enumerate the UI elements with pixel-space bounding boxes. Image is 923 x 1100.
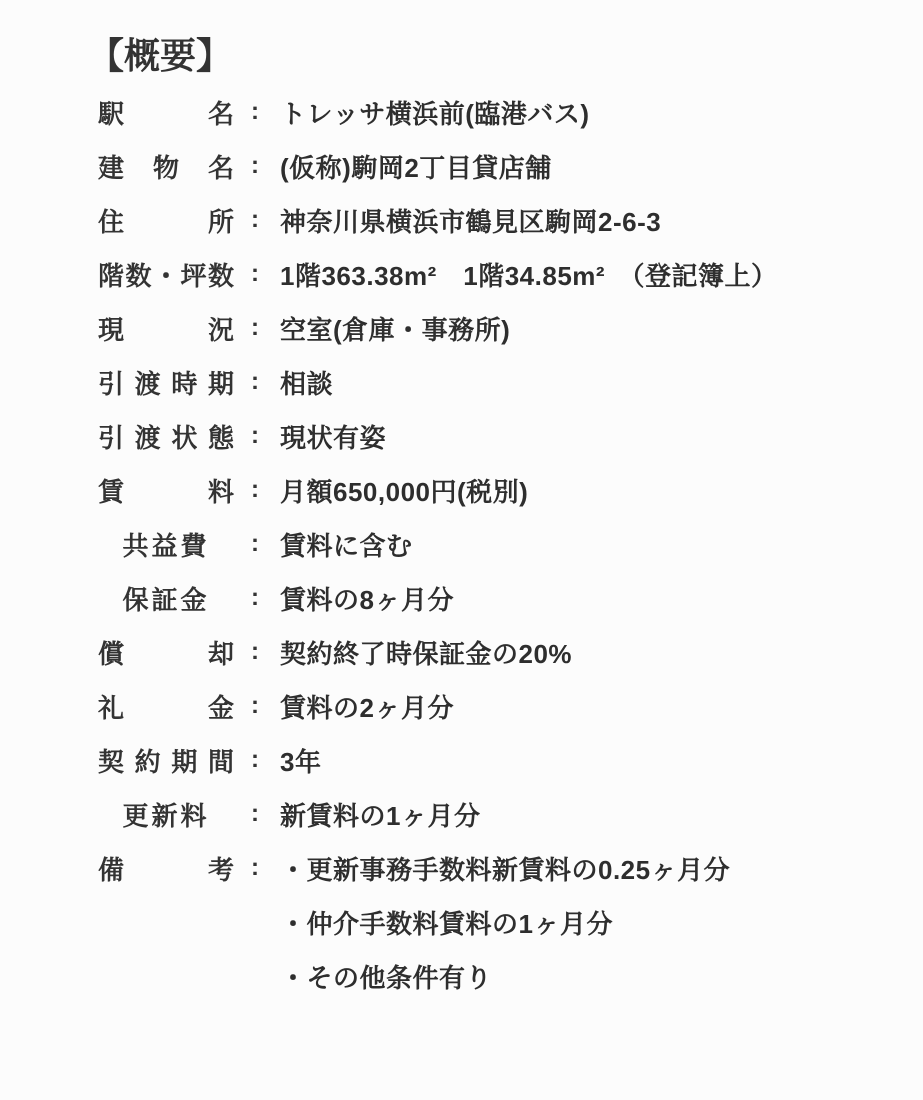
table-row-handover-condition: 引渡状態 : 現状有姿 xyxy=(0,409,923,463)
row-label: 共益費 xyxy=(92,526,240,563)
row-value: ・その他条件有り xyxy=(280,958,492,995)
row-value: 賃料の2ヶ月分 xyxy=(280,688,454,725)
row-value: 空室(倉庫・事務所) xyxy=(280,310,510,347)
row-colon: : xyxy=(240,638,270,666)
row-value: 契約終了時保証金の20% xyxy=(280,634,572,671)
table-row-amortization: 償却 : 契約終了時保証金の20% xyxy=(0,625,923,679)
row-colon: : xyxy=(240,260,270,288)
row-value: 月額650,000円(税別) xyxy=(280,472,528,509)
row-label: 備考 xyxy=(92,850,240,887)
row-colon: : xyxy=(240,530,270,558)
row-label: 住所 xyxy=(92,202,240,239)
row-colon: : xyxy=(240,584,270,612)
row-colon: : xyxy=(240,854,270,882)
spec-rows: 駅名 : トレッサ横浜前(臨港バス) 建物名 : (仮称)駒岡2丁目貸店舗 住所… xyxy=(0,85,923,1003)
table-row-rent: 賃料 : 月額650,000円(税別) xyxy=(0,463,923,517)
row-label: 更新料 xyxy=(92,796,240,833)
table-row-address: 住所 : 神奈川県横浜市鶴見区駒岡2-6-3 xyxy=(0,193,923,247)
row-value: 1階363.38m² 1階34.85m² （登記簿上） xyxy=(280,256,778,293)
row-label: 引渡状態 xyxy=(92,418,240,455)
row-label: 保証金 xyxy=(92,580,240,617)
row-colon: : xyxy=(240,746,270,774)
row-value: 新賃料の1ヶ月分 xyxy=(280,796,480,833)
row-value: 賃料の8ヶ月分 xyxy=(280,580,454,617)
overview-document: 【概要】 駅名 : トレッサ横浜前(臨港バス) 建物名 : (仮称)駒岡2丁目貸… xyxy=(0,0,923,1100)
table-row-contract-period: 契約期間 : 3年 xyxy=(0,733,923,787)
row-colon: : xyxy=(240,206,270,234)
row-label: 賃料 xyxy=(92,472,240,509)
row-colon: : xyxy=(240,368,270,396)
row-label: 階数・坪数 xyxy=(92,256,240,293)
table-row-deposit: 保証金 : 賃料の8ヶ月分 xyxy=(0,571,923,625)
row-value: 3年 xyxy=(280,742,321,779)
row-colon: : xyxy=(240,692,270,720)
table-row-current-status: 現況 : 空室(倉庫・事務所) xyxy=(0,301,923,355)
table-row-building-name: 建物名 : (仮称)駒岡2丁目貸店舗 xyxy=(0,139,923,193)
row-colon: : xyxy=(240,800,270,828)
row-label: 建物名 xyxy=(92,148,240,185)
row-value: ・仲介手数料賃料の1ヶ月分 xyxy=(280,904,613,941)
table-row-floors-area: 階数・坪数 : 1階363.38m² 1階34.85m² （登記簿上） xyxy=(0,247,923,301)
row-colon: : xyxy=(240,476,270,504)
row-label: 償却 xyxy=(92,634,240,671)
row-colon: : xyxy=(240,152,270,180)
table-row-common-fee: 共益費 : 賃料に含む xyxy=(0,517,923,571)
row-label: 現況 xyxy=(92,310,240,347)
table-row-remarks: 備考 : ・更新事務手数料新賃料の0.25ヶ月分 xyxy=(0,841,923,895)
table-row-handover-time: 引渡時期 : 相談 xyxy=(0,355,923,409)
row-value: ・更新事務手数料新賃料の0.25ヶ月分 xyxy=(280,850,730,887)
table-row-remarks-line3: ・その他条件有り xyxy=(0,949,923,1003)
table-row-renewal-fee: 更新料 : 新賃料の1ヶ月分 xyxy=(0,787,923,841)
row-label: 契約期間 xyxy=(92,742,240,779)
row-value: 賃料に含む xyxy=(280,526,413,563)
row-value: 神奈川県横浜市鶴見区駒岡2-6-3 xyxy=(280,202,661,239)
row-value: 現状有姿 xyxy=(280,418,386,455)
row-colon: : xyxy=(240,98,270,126)
row-value: トレッサ横浜前(臨港バス) xyxy=(280,94,590,131)
row-colon: : xyxy=(240,422,270,450)
row-value: (仮称)駒岡2丁目貸店舗 xyxy=(280,148,552,185)
page-title: 【概要】 xyxy=(88,34,232,78)
row-label: 引渡時期 xyxy=(92,364,240,401)
table-row-station: 駅名 : トレッサ横浜前(臨港バス) xyxy=(0,85,923,139)
table-row-remarks-line2: ・仲介手数料賃料の1ヶ月分 xyxy=(0,895,923,949)
row-colon: : xyxy=(240,314,270,342)
row-value: 相談 xyxy=(280,364,333,401)
table-row-key-money: 礼金 : 賃料の2ヶ月分 xyxy=(0,679,923,733)
row-label: 礼金 xyxy=(92,688,240,725)
row-label: 駅名 xyxy=(92,94,240,131)
